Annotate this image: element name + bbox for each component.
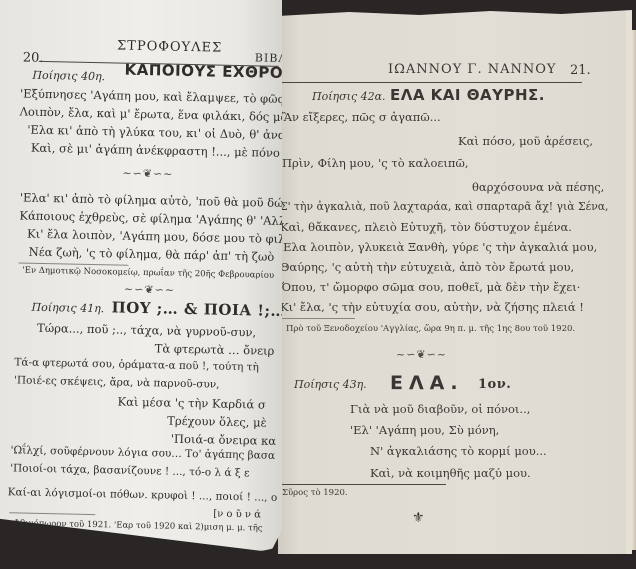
footnote-rule — [280, 318, 355, 319]
poem-line: 'Ελα λοιπὸν, γλυκειὰ Ξανθὴ, γύρε 'ς τὴν … — [280, 240, 597, 254]
poem-line: Λοιπὸν, ἔλα, καὶ μ' ἔρωτα, ἕνα φιλάκι, δ… — [20, 104, 295, 124]
poem-line: Καὶ, νὰ κοιμηθῆς μαζύ μου. — [370, 466, 531, 480]
poem-number: Ποίησις 42α. — [312, 90, 386, 103]
poem-title: ΕΛΑ. — [390, 372, 464, 394]
poem-line: Κάποιους ἐχθρεὺς, σὲ φίλημα 'Αγάπης θ' '… — [19, 208, 286, 228]
poem-line: Ὅπου, τ' ὤμορφο σῶμα σου, ποθεῖ, μὰ δὲν … — [280, 280, 580, 294]
poem-line: 'Ποιά-α ὄνειρα κα — [171, 432, 276, 448]
poem-number: Ποίησις 40η. — [32, 69, 105, 84]
poem-line: Σ' τὴν ἀγκαλιὰ, ποῦ λαχταράα, καὶ σπαρτα… — [280, 200, 608, 213]
poem-line: Πρὶν, Φίλη μου, 'ς τὸ καλοειπῶ, — [282, 156, 469, 170]
ornament-divider: ~∽❦∽~ — [124, 283, 175, 297]
poem-line: Καὶ, θἄκανες, πλειὸ Εὐτυχῆ, τὸν δύστυχον… — [280, 220, 572, 234]
poem-line: Γιὰ νὰ μοῦ διαβοῦν, οἱ πόνοι.., — [350, 402, 530, 416]
footnote-rule — [278, 484, 446, 485]
footnote: τοῦ 1920. — [3, 530, 45, 541]
poem-line: Νέα ζωὴ, 'ς τὸ φίλημα, θὰ πάρ' ἀπ' τὴ ζω… — [29, 245, 275, 264]
poem-line: 'Ελα' κι' ἀπὸ τὸ φίλημα αὐτὸ, 'ποῦ θὰ μο… — [20, 190, 305, 210]
header-rule — [282, 82, 582, 83]
tailpiece-ornament: ⚜ — [412, 510, 425, 526]
poem-line: θαρχόσουνα νὰ πέσης, — [472, 180, 604, 194]
page-number: 21. — [570, 63, 591, 78]
poem-line: Τὰ φτερωτὰ … ὄνειρ — [155, 341, 275, 358]
ornament-divider: ~∽❦∽~ — [122, 167, 173, 181]
poem-number: Ποίησις 41η. — [31, 301, 104, 316]
poem-subtitle: 1ον. — [478, 377, 511, 392]
right-page: ΙΩΑΝΝΟΥ Γ. ΝΑΝΝΟΥ 21. Ποίησις 42α. ΕΛΑ Κ… — [278, 10, 632, 554]
poem-line: Θαύρης, 'ς αὐτὴ τὴν εὐτυχειὰ, ἀπὸ τὸν ἔρ… — [280, 260, 574, 274]
poem-line: [ν ο ῦ ν ά — [213, 509, 261, 521]
poem-line: Καί-αι λόγισμοί-οι πόθων. κρυφοὶ ! ..., … — [8, 486, 278, 504]
footnote-rule — [9, 512, 95, 515]
poem-line: Τρέχουν ὅλες, μὲ — [167, 414, 267, 430]
poem-line: 'Ποιέ-ες σκέψεις, ἄρα, νὰ παρνοῦ-συν, — [14, 374, 220, 390]
footnote: Πρὸ τοῦ Ξενοδοχείου 'Αγγλίας, ὥρα 9η π. … — [286, 324, 575, 334]
poem-line: 'Ελα κι' ἀπὸ τὴ γλύκα του, κι' οἱ Δυὸ, θ… — [27, 123, 300, 143]
poem-title: ΠΟΥ ;… & ΠΟΙΑ !;… — [111, 298, 286, 320]
running-head: ΙΩΑΝΝΟΥ Γ. ΝΑΝΝΟΥ — [388, 62, 556, 77]
poem-title: ΕΛΑ ΚΑΙ ΘΑΥΡΗΣ. — [390, 86, 545, 104]
poem-line: Καὶ, σὲ μι' ἀγάπη ἀνέκφραστη !..., μὲ πό… — [31, 141, 280, 160]
poem-line: 'Εξύπνησες 'Αγάπη μου, καὶ ἔλαμψεε, τὸ φ… — [20, 86, 309, 106]
poem-line: Τά-α φτερωτά σου, ὁράματα-α ποῦ !, τούτη… — [14, 356, 259, 373]
running-head: ΣΤΡΟΦΟΥΛΕΣ — [117, 38, 223, 55]
poem-line: Τώρα..., ποῦ ;.., τάχα, νὰ γυρνοῦ-συν, — [37, 321, 256, 340]
poem-line: Κι' ἔλα λοιπὸν, 'Αγάπη μου, δόσε μου τὸ … — [27, 227, 290, 247]
poem-line: 'Ποιοί-οι τάχα, βασανίζουνε ! ..., τό-ο … — [10, 462, 250, 479]
ornament-divider: ~∽❦∽~ — [396, 348, 447, 361]
footnote: 'Εν Δημοτικῷ Νοσοκομείῳ, πρωΐαν τῆς 20ῆς… — [22, 266, 274, 281]
poem-line: Καὶ μέσα 'ς τὴν Καρδιά σ — [117, 395, 265, 412]
left-page: ΣΤΡΟΦΟΥΛΕΣ 20. ΒΙΒΛ Ποίησις 40η. ΚΑΠΟΙΟΥ… — [0, 0, 282, 552]
poem-line: 'Ελ' 'Αγάπη μου, Σὺ μόνη, — [350, 423, 499, 437]
footnote: Φθινόπωρον τοῦ 1921. 'Εαρ τοῦ 1920 καὶ 2… — [13, 518, 263, 533]
footnote: Σῦρος τὸ 1920. — [282, 488, 348, 498]
poem-number: Ποίησις 43η. — [294, 378, 367, 391]
poem-line: Κι' ἔλα, 'ς τὴν εὐτυχία σου, αὐτὴν, νὰ ζ… — [280, 300, 584, 314]
poem-line: Ν' ἀγκαλιάσης τὸ κορμί μου... — [370, 444, 547, 458]
poem-line: Ἂν εἴξερες, πῶς σ ἀγαπῶ... — [282, 110, 441, 124]
page-number: 20. — [23, 50, 44, 65]
poem-line: Καὶ πόσο, μοῦ ἀρέσεις, — [458, 134, 593, 148]
